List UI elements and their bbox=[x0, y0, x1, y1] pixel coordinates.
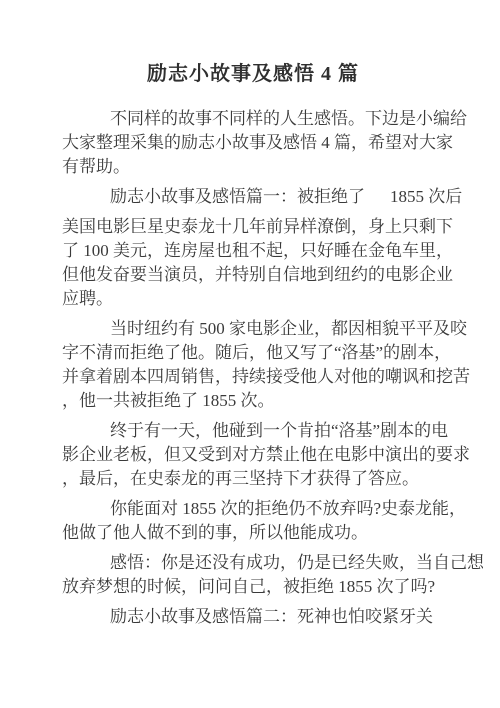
text-line: 并拿着剧本四周销售，持续接受他人对他的嘲讽和挖苦 bbox=[62, 365, 444, 389]
text-line: 当时纽约有 500 家电影企业，都因相貌平平及咬 bbox=[62, 317, 444, 341]
text-line: 放弃梦想的时候，问问自己，被拒绝 1855 次了吗? bbox=[62, 575, 444, 599]
story-1-paragraph-1: 美国电影巨星史泰龙十几年前异样潦倒，身上只剩下 了 100 美元，连房屋也租不起… bbox=[62, 215, 444, 311]
text-line: 字不清而拒绝了他。随后，他又写了“洛基”的剧本， bbox=[62, 341, 444, 365]
section-1-heading: 励志小故事及感悟篇一：被拒绝了1855 次后 bbox=[62, 185, 444, 209]
text-line: 但他发奋要当演员，并特别自信地到纽约的电影企业 bbox=[62, 263, 444, 287]
text-line: 你能面对 1855 次的拒绝仍不放弃吗?史泰龙能， bbox=[62, 497, 444, 521]
text-line: ，他一共被拒绝了 1855 次。 bbox=[62, 389, 444, 413]
text-line: 美国电影巨星史泰龙十几年前异样潦倒，身上只剩下 bbox=[62, 215, 444, 239]
text-line: 励志小故事及感悟篇一：被拒绝了1855 次后 bbox=[62, 185, 444, 209]
text-line: 了 100 美元，连房屋也租不起，只好睡在金龟车里， bbox=[62, 239, 444, 263]
page-title: 励志小故事及感悟 4 篇 bbox=[62, 61, 444, 88]
text-line: 感悟：你是还没有成功，仍是已经失败，当自己想 bbox=[62, 551, 444, 575]
text-line: 应聘。 bbox=[62, 287, 444, 311]
reflection-paragraph: 感悟：你是还没有成功，仍是已经失败，当自己想 放弃梦想的时候，问问自己，被拒绝 … bbox=[62, 551, 444, 599]
document-page: 励志小故事及感悟 4 篇 不同样的故事不同样的人生感悟。下边是小编给 大家整理采… bbox=[0, 0, 500, 708]
text-line: 有帮助。 bbox=[62, 155, 444, 179]
text-line: 励志小故事及感悟篇二：死神也怕咬紧牙关 bbox=[62, 605, 444, 629]
document-content: 励志小故事及感悟 4 篇 不同样的故事不同样的人生感悟。下边是小编给 大家整理采… bbox=[62, 61, 444, 635]
text-line: 影企业老板，但又受到对方禁止他在电影中演出的要求 bbox=[62, 443, 444, 467]
section-1-heading-label: 励志小故事及感悟篇一：被拒绝了 bbox=[110, 187, 365, 206]
text-line: 不同样的故事不同样的人生感悟。下边是小编给 bbox=[62, 107, 444, 131]
text-line: 大家整理采集的励志小故事及感悟 4 篇，希望对大家 bbox=[62, 131, 444, 155]
text-line: ，最后，在史泰龙的再三坚持下才获得了答应。 bbox=[62, 467, 444, 491]
story-1-paragraph-4: 你能面对 1855 次的拒绝仍不放弃吗?史泰龙能， 他做了他人做不到的事，所以他… bbox=[62, 497, 444, 545]
text-line: 他做了他人做不到的事，所以他能成功。 bbox=[62, 521, 444, 545]
story-1-paragraph-2: 当时纽约有 500 家电影企业，都因相貌平平及咬 字不清而拒绝了他。随后，他又写… bbox=[62, 317, 444, 413]
text-line: 终于有一天，他碰到一个肯拍“洛基”剧本的电 bbox=[62, 419, 444, 443]
story-1-paragraph-3: 终于有一天，他碰到一个肯拍“洛基”剧本的电 影企业老板，但又受到对方禁止他在电影… bbox=[62, 419, 444, 491]
intro-paragraph: 不同样的故事不同样的人生感悟。下边是小编给 大家整理采集的励志小故事及感悟 4 … bbox=[62, 107, 444, 179]
section-2-heading: 励志小故事及感悟篇二：死神也怕咬紧牙关 bbox=[62, 605, 444, 629]
section-1-heading-number: 1855 次后 bbox=[390, 187, 462, 206]
